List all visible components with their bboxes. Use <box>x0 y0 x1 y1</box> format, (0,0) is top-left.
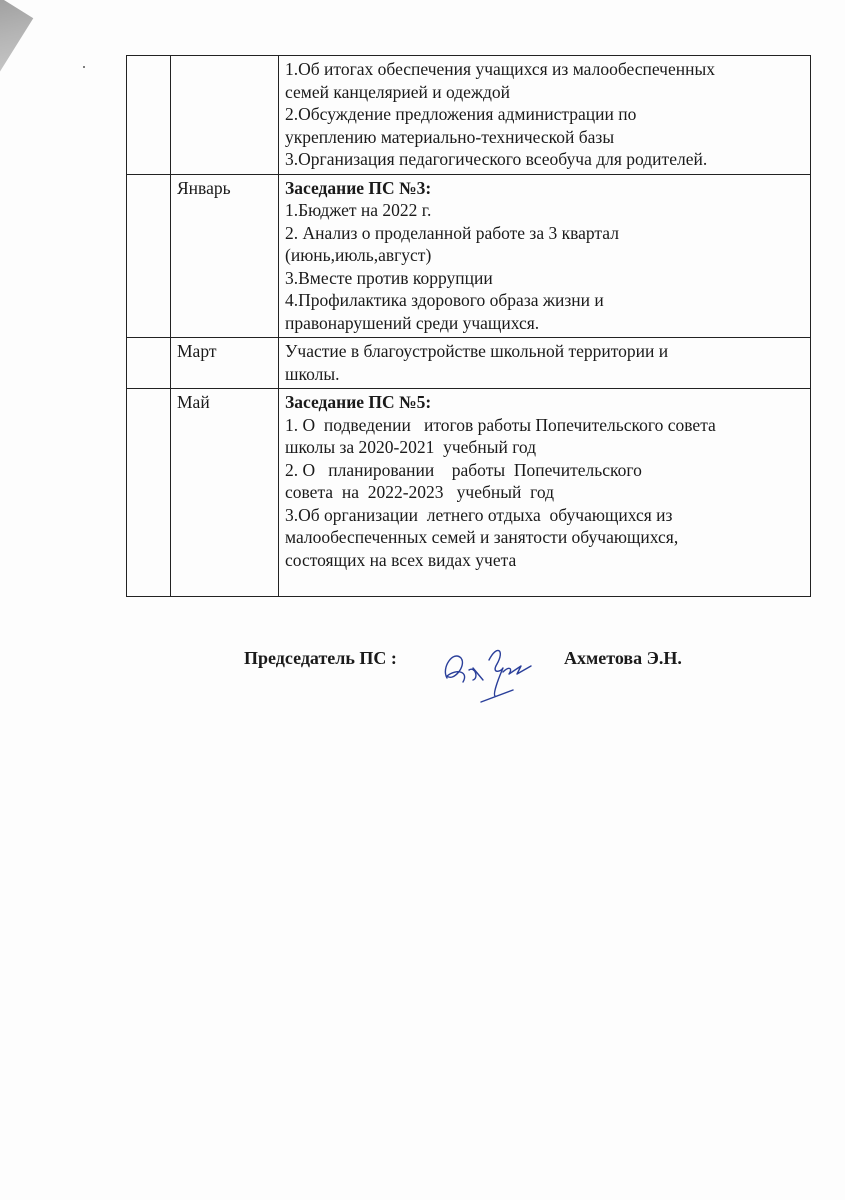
agenda-line: 4.Профилактика здорового образа жизни и <box>285 289 804 312</box>
agenda-line: правонарушений среди учащихся. <box>285 312 804 335</box>
month-cell: Январь <box>171 174 279 338</box>
agenda-line: 2.Обсуждение предложения администрации п… <box>285 103 804 126</box>
month-cell: Март <box>171 338 279 389</box>
agenda-cell: Заседание ПС №5: 1. О подведении итогов … <box>279 389 811 597</box>
agenda-line: 1.Бюджет на 2022 г. <box>285 199 804 222</box>
agenda-line: 1. О подведении итогов работы Попечитель… <box>285 414 804 437</box>
table-row: 1.Об итогах обеспечения учащихся из мало… <box>127 56 811 175</box>
row-number-cell <box>127 56 171 175</box>
row-number-cell <box>127 389 171 597</box>
signature-block: Председатель ПС : Ахметова Э.Н. <box>244 648 744 718</box>
agenda-line: (июнь,июль,август) <box>285 244 804 267</box>
agenda-line: 2. Анализ о проделанной работе за 3 квар… <box>285 222 804 245</box>
agenda-line: 3.Об организации летнего отдыха обучающи… <box>285 504 804 527</box>
handwritten-signature-icon <box>439 638 549 708</box>
month-cell: Май <box>171 389 279 597</box>
row-number-cell <box>127 174 171 338</box>
agenda-line: малообеспеченных семей и занятости обуча… <box>285 526 804 549</box>
agenda-cell: 1.Об итогах обеспечения учащихся из мало… <box>279 56 811 175</box>
chairman-name: Ахметова Э.Н. <box>564 648 682 669</box>
agenda-cell: Участие в благоустройстве школьной терри… <box>279 338 811 389</box>
agenda-cell: Заседание ПС №3: 1.Бюджет на 2022 г. 2. … <box>279 174 811 338</box>
agenda-line: школы. <box>285 363 804 386</box>
agenda-line: 3.Вместе против коррупции <box>285 267 804 290</box>
agenda-line: совета на 2022-2023 учебный год <box>285 481 804 504</box>
scan-page-corner-shadow <box>0 0 33 162</box>
agenda-line: укреплению материально-технической базы <box>285 126 804 149</box>
table-row: Май Заседание ПС №5: 1. О подведении ито… <box>127 389 811 597</box>
chairman-label: Председатель ПС : <box>244 648 397 669</box>
meeting-heading: Заседание ПС №5: <box>285 391 804 414</box>
agenda-line: Участие в благоустройстве школьной терри… <box>285 340 804 363</box>
agenda-line: школы за 2020-2021 учебный год <box>285 436 804 459</box>
agenda-line: состоящих на всех видах учета <box>285 549 804 572</box>
agenda-line: семей канцелярией и одеждой <box>285 81 804 104</box>
month-cell <box>171 56 279 175</box>
row-number-cell <box>127 338 171 389</box>
agenda-line: 1.Об итогах обеспечения учащихся из мало… <box>285 58 804 81</box>
plan-table: 1.Об итогах обеспечения учащихся из мало… <box>126 55 811 597</box>
table-row: Январь Заседание ПС №3: 1.Бюджет на 2022… <box>127 174 811 338</box>
agenda-line: 2. О планировании работы Попечительского <box>285 459 804 482</box>
scan-speck <box>83 66 85 68</box>
agenda-line: 3.Организация педагогического всеобуча д… <box>285 148 804 171</box>
table-row: Март Участие в благоустройстве школьной … <box>127 338 811 389</box>
meeting-heading: Заседание ПС №3: <box>285 177 804 200</box>
